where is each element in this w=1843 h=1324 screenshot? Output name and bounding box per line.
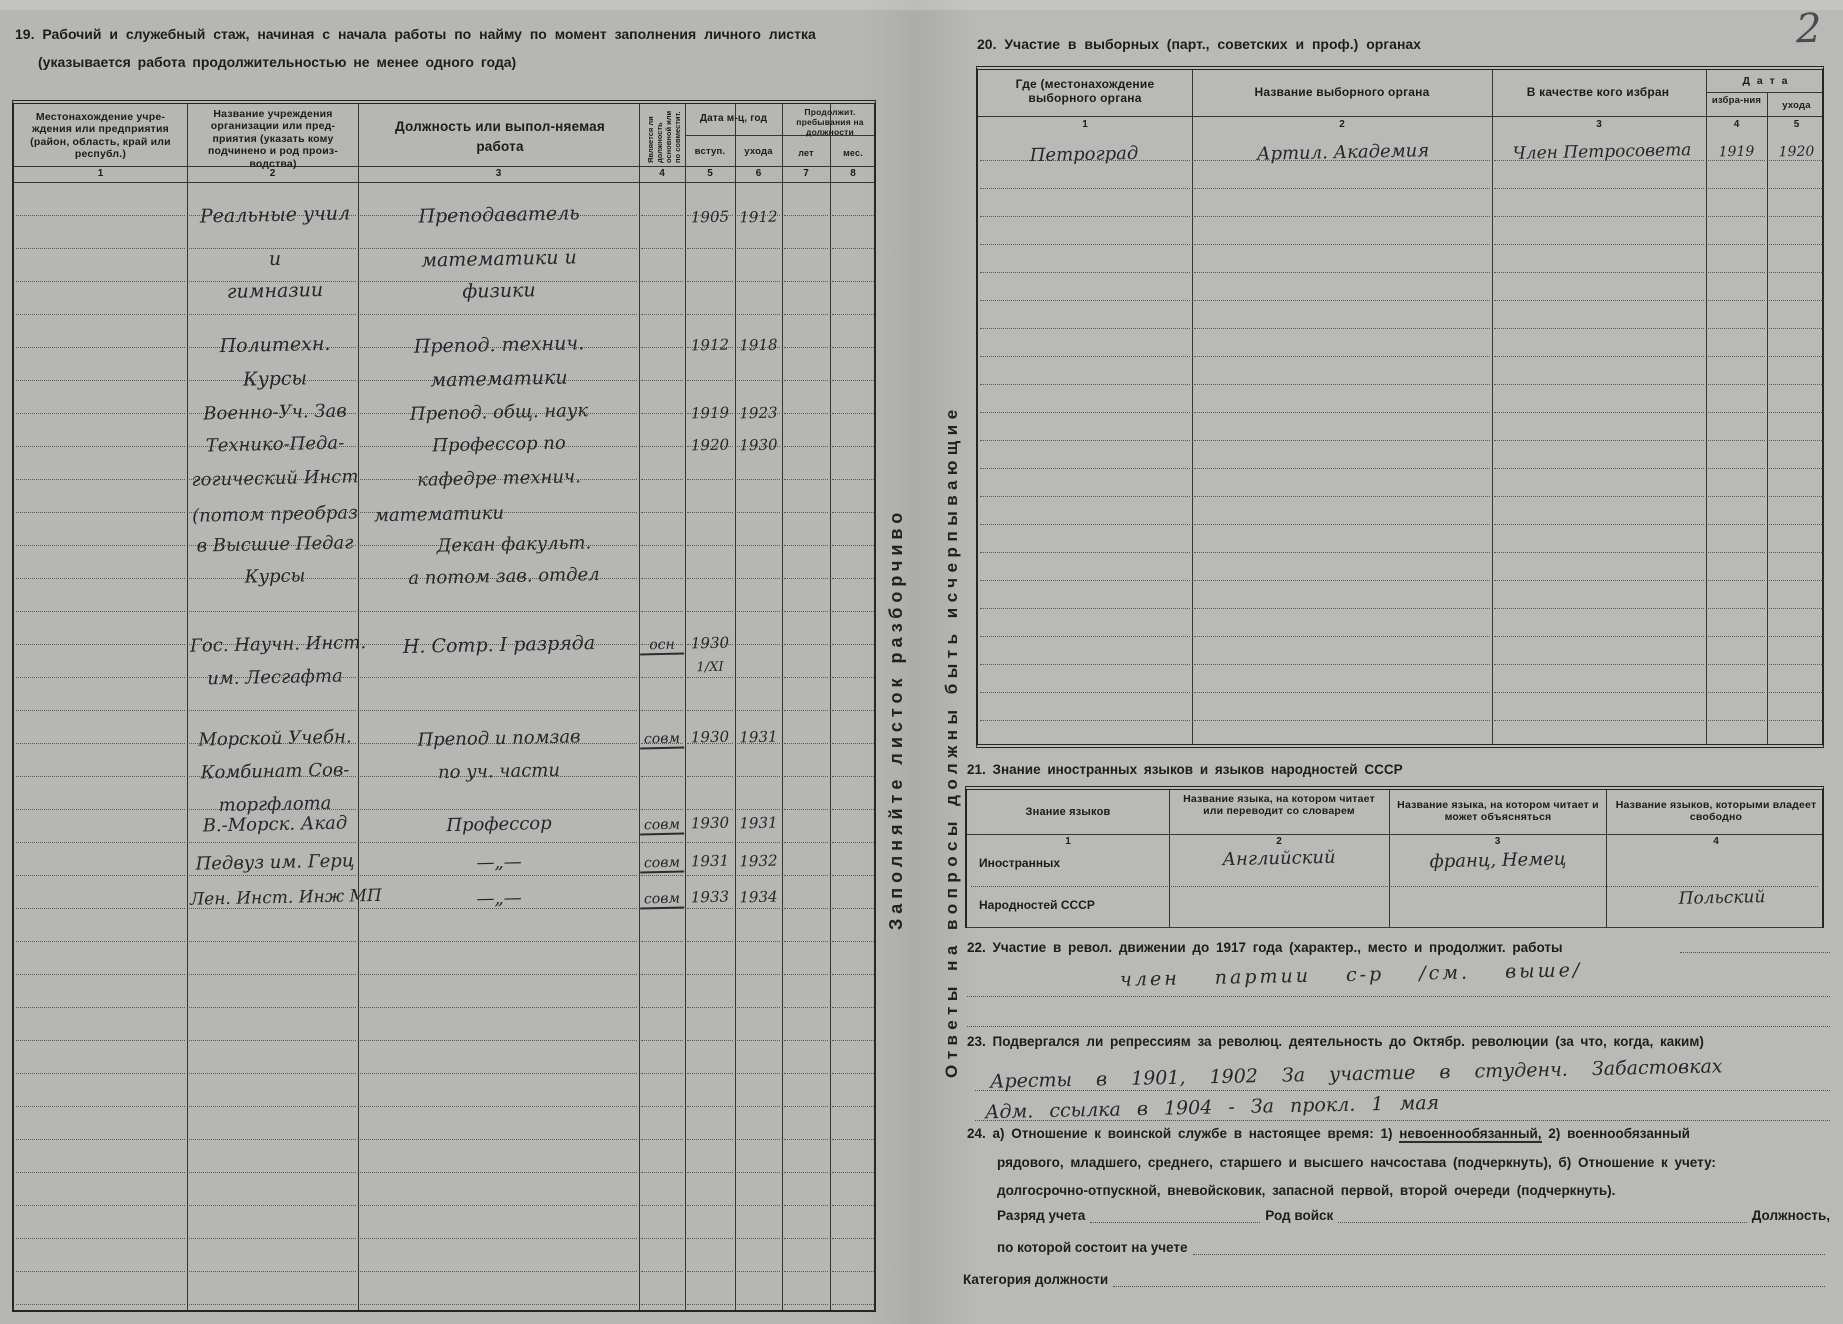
ruled-column — [978, 132, 1192, 742]
ruled-line — [1494, 720, 1704, 721]
ruled-line — [784, 578, 828, 579]
ruled-line — [16, 281, 185, 282]
handwritten-read-translate: Английский — [1177, 846, 1381, 871]
po-kotoroy-label: по которой состоит на учете — [997, 1240, 1188, 1255]
ruled-line — [1769, 300, 1824, 301]
ruled-line — [784, 776, 828, 777]
rod-voysk-blank — [1338, 1209, 1746, 1223]
ruled-line — [687, 1106, 733, 1107]
handwritten-year-start: 1920 — [685, 435, 735, 454]
ruled-line — [641, 413, 683, 414]
ruled-line — [1494, 496, 1704, 497]
ruled-line — [980, 440, 1190, 441]
ruled-line — [16, 347, 185, 348]
ruled-line — [687, 710, 733, 711]
ruled-line — [980, 636, 1190, 637]
ruled-line — [832, 281, 874, 282]
section21-title: 21. Знание иностранных языков и языков н… — [967, 762, 1807, 777]
ruled-line — [189, 1238, 356, 1239]
ruled-line — [1194, 468, 1490, 469]
ruled-line — [737, 1007, 780, 1008]
handwritten-date-note: 1/XI — [685, 659, 735, 675]
ruled-line — [980, 272, 1190, 273]
ruled-line — [16, 1172, 185, 1173]
ruled-column — [1192, 132, 1492, 742]
ruled-line — [980, 720, 1190, 721]
ruled-line — [1708, 664, 1765, 665]
ruled-line — [784, 974, 828, 975]
ruled-line — [1494, 356, 1704, 357]
column-number: 6 — [735, 168, 782, 179]
ruled-line — [737, 875, 780, 876]
handwritten-org: гимназии — [192, 278, 358, 303]
handwritten-year-end: 1931 — [735, 728, 782, 747]
handwritten-org: Курсы — [190, 564, 360, 589]
handwritten-fluent: Польский — [1627, 886, 1817, 910]
ruled-line — [16, 1007, 185, 1008]
ruled-line — [737, 1205, 780, 1206]
column-number: 8 — [830, 168, 876, 179]
ruled-line — [641, 1172, 683, 1173]
ruled-line — [737, 1106, 780, 1107]
ruled-line — [1194, 328, 1490, 329]
column-number: 4 — [1606, 836, 1826, 847]
answer-line — [967, 1026, 1830, 1027]
ruled-line — [641, 1304, 683, 1305]
ruled-line — [980, 692, 1190, 693]
ruled-line — [1708, 356, 1765, 357]
ruled-line — [737, 545, 780, 546]
ruled-line — [1494, 580, 1704, 581]
ruled-line — [1708, 608, 1765, 609]
section21-table: Знание языков Название языка, на котором… — [965, 786, 1824, 928]
ruled-line — [1194, 440, 1490, 441]
ruled-line — [1194, 552, 1490, 553]
ruled-line — [784, 1073, 828, 1074]
ruled-line — [832, 1304, 874, 1305]
handwritten-org: и — [192, 246, 358, 271]
ruled-line — [1194, 608, 1490, 609]
handwritten-org: Комбинат Сов- — [190, 759, 360, 784]
section19-table: Местонахождение учре-ждения или предприя… — [12, 100, 876, 1312]
ruled-line — [360, 314, 637, 315]
ruled-line — [784, 842, 828, 843]
column-header-fluent: Название языков, которыми владеет свобод… — [1614, 799, 1818, 824]
ruled-line — [832, 446, 874, 447]
column-header-months: мес. — [830, 148, 876, 159]
ruled-line — [687, 1205, 733, 1206]
ruled-line — [360, 974, 637, 975]
ruled-line — [1194, 496, 1490, 497]
column-number: 4 — [639, 168, 685, 179]
handwritten-org: гогический Инст — [190, 466, 360, 491]
handwritten-year-end: 1931 — [735, 814, 782, 833]
ruled-line — [832, 314, 874, 315]
ruled-line — [1708, 496, 1765, 497]
table-gridline — [1389, 790, 1390, 927]
ruled-line — [1708, 328, 1765, 329]
handwritten-year-end: 1932 — [735, 852, 782, 871]
ruled-line — [737, 710, 780, 711]
ruled-line — [832, 743, 874, 744]
ruled-line — [641, 281, 683, 282]
ruled-line — [16, 545, 185, 546]
ruled-line — [737, 611, 780, 612]
kategoria-blank — [1113, 1273, 1825, 1287]
ruled-line — [737, 941, 780, 942]
ruled-line — [980, 468, 1190, 469]
ruled-line — [641, 314, 683, 315]
ruled-line — [687, 1139, 733, 1140]
ruled-line — [737, 248, 780, 249]
ruled-line — [360, 710, 637, 711]
ruled-line — [1769, 636, 1824, 637]
handwritten-year-end: 1918 — [735, 336, 782, 355]
ruled-line — [832, 380, 874, 381]
ruled-line — [1494, 244, 1704, 245]
ruled-line — [16, 380, 185, 381]
ruled-line — [1708, 440, 1765, 441]
ruled-line — [687, 941, 733, 942]
answer-line — [1680, 952, 1830, 953]
scanned-form-page: 19. Рабочий и служебный стаж, начиная с … — [0, 0, 1843, 1324]
ruled-line — [1708, 524, 1765, 525]
ruled-line — [1769, 664, 1824, 665]
ruled-line — [189, 974, 356, 975]
ruled-line — [189, 842, 356, 843]
ruled-line — [1769, 552, 1824, 553]
section24-line1-prefix: 24. а) Отношение к воинской службе в нас… — [967, 1126, 1392, 1141]
ruled-line — [737, 380, 780, 381]
ruled-line — [189, 314, 356, 315]
handwritten-read-speak: франц, Немец — [1395, 848, 1601, 873]
ruled-line — [641, 677, 683, 678]
ruled-line — [360, 1238, 637, 1239]
ruled-line — [784, 1271, 828, 1272]
ruled-line — [784, 380, 828, 381]
ruled-line — [641, 446, 683, 447]
ruled-line — [784, 314, 828, 315]
ruled-line — [784, 347, 828, 348]
ruled-line — [784, 1205, 828, 1206]
ruled-line — [980, 188, 1190, 189]
ruled-line — [980, 580, 1190, 581]
ruled-line — [832, 578, 874, 579]
ruled-line — [687, 380, 733, 381]
ruled-line — [737, 1238, 780, 1239]
ruled-line — [784, 1040, 828, 1041]
ruled-line — [980, 216, 1190, 217]
column-header-date-group: Д а т а — [1706, 75, 1826, 87]
ruled-line — [832, 710, 874, 711]
row-label-foreign: Иностранных — [979, 856, 1060, 870]
ruled-line — [832, 611, 874, 612]
handwritten-org: Лен. Инст. Инж МП — [190, 886, 360, 910]
ruled-line — [16, 875, 185, 876]
ruled-line — [1708, 272, 1765, 273]
ruled-line — [832, 941, 874, 942]
ruled-line — [16, 974, 185, 975]
ruled-line — [641, 578, 683, 579]
ruled-line — [737, 479, 780, 480]
column-header-basis: Является ли должность основной или по со… — [646, 107, 682, 163]
ruled-line — [641, 875, 683, 876]
razryad-label: Разряд учета — [997, 1208, 1085, 1223]
handwritten-basis: совм — [640, 817, 684, 836]
ruled-line — [360, 677, 637, 678]
ruled-line — [1194, 300, 1490, 301]
ruled-line — [1194, 244, 1490, 245]
ruled-line — [1769, 468, 1824, 469]
ruled-line — [1194, 412, 1490, 413]
handwritten-org: (потом преобраз — [190, 502, 360, 527]
ruled-line — [189, 941, 356, 942]
ruled-line — [832, 776, 874, 777]
column-number: 4 — [1706, 119, 1767, 130]
ruled-line — [16, 611, 185, 612]
ruled-line — [1194, 580, 1490, 581]
handwritten-year-end: 1930 — [735, 436, 782, 455]
section24-line2: рядового, младшего, среднего, старшего и… — [997, 1155, 1830, 1170]
ruled-line — [784, 1106, 828, 1107]
ruled-line — [1708, 468, 1765, 469]
handwritten-year-start: 1930 — [685, 633, 735, 652]
section20-title: 20. Участие в выборных (парт., советских… — [977, 36, 1797, 52]
ruled-line — [784, 545, 828, 546]
ruled-line — [832, 1271, 874, 1272]
column-number: 3 — [1389, 836, 1606, 847]
ruled-line — [687, 479, 733, 480]
column-header-read-translate: Название языка, на котором читает или пе… — [1175, 793, 1383, 818]
handwritten-org: Реальные учил — [192, 202, 358, 227]
ruled-line — [1194, 636, 1490, 637]
ruled-line — [832, 479, 874, 480]
ruled-line — [641, 842, 683, 843]
column-header-organization: Название учреждения организации или пред… — [191, 108, 355, 170]
ruled-line — [1494, 300, 1704, 301]
handwritten-basis: совм — [640, 855, 684, 874]
ruled-line — [784, 512, 828, 513]
ruled-line — [360, 1139, 637, 1140]
ruled-line — [641, 512, 683, 513]
ruled-line — [737, 1172, 780, 1173]
ruled-line — [1494, 216, 1704, 217]
section24-kategoria-row: Категория должности — [963, 1272, 1830, 1287]
ruled-line — [1769, 384, 1824, 385]
column-number: 1 — [967, 836, 1169, 847]
column-header-left-date: ухода — [1767, 100, 1826, 111]
ruled-line — [687, 611, 733, 612]
column-number: 1 — [978, 119, 1192, 130]
table-gridline — [978, 116, 1822, 117]
ruled-line — [16, 1304, 185, 1305]
ruled-line — [832, 1205, 874, 1206]
ruled-line — [360, 1106, 637, 1107]
ruled-line — [1194, 524, 1490, 525]
ruled-line — [980, 300, 1190, 301]
ruled-line — [189, 1172, 356, 1173]
ruled-line — [1494, 412, 1704, 413]
ruled-line — [687, 248, 733, 249]
ruled-line — [189, 611, 356, 612]
handwritten-year-start: 1930 — [685, 813, 735, 832]
ruled-line — [189, 1007, 356, 1008]
ruled-line — [1708, 216, 1765, 217]
ruled-line — [1769, 216, 1824, 217]
table-gridline — [1169, 790, 1170, 927]
ruled-column — [1492, 132, 1706, 742]
ruled-line — [189, 1040, 356, 1041]
ruled-line — [16, 809, 185, 810]
ruled-line — [832, 1139, 874, 1140]
ruled-line — [832, 1106, 874, 1107]
ruled-line — [832, 809, 874, 810]
ruled-line — [832, 215, 874, 216]
ruled-line — [360, 809, 637, 810]
column-header-end: ухода — [735, 146, 782, 157]
answer-line — [967, 996, 1830, 997]
ruled-line — [641, 1040, 683, 1041]
ruled-line — [1769, 356, 1824, 357]
table-gridline — [1606, 790, 1607, 927]
ruled-line — [980, 496, 1190, 497]
ruled-line — [641, 1205, 683, 1206]
ruled-line — [1769, 272, 1824, 273]
ruled-line — [16, 776, 185, 777]
ruled-line — [16, 248, 185, 249]
ruled-line — [360, 1205, 637, 1206]
ruled-line — [16, 743, 185, 744]
ruled-line — [360, 1073, 637, 1074]
section24-nonliable-underlined: невоеннообязанный, — [1399, 1126, 1541, 1143]
ruled-line — [189, 1139, 356, 1140]
ruled-line — [1194, 188, 1490, 189]
ruled-line — [980, 524, 1190, 525]
dolzhnost-label: Должность, — [1752, 1208, 1830, 1223]
ruled-line — [1194, 692, 1490, 693]
razryad-blank — [1090, 1209, 1260, 1223]
margin-note-answers-exhaustive: Ответы на вопросы должны быть исчерпываю… — [942, 404, 962, 1078]
ruled-line — [360, 611, 637, 612]
column-header-where: Где (местонахождение выборного органа — [988, 77, 1182, 105]
ruled-line — [189, 1271, 356, 1272]
ruled-line — [832, 1007, 874, 1008]
ruled-line — [832, 347, 874, 348]
ruled-line — [1494, 272, 1704, 273]
table-gridline — [14, 166, 874, 167]
handwritten-answer-22: член партии с-р /см. выше/ — [1120, 959, 1583, 991]
handwritten-org: В.-Морск. Акад — [190, 812, 360, 837]
ruled-line — [189, 875, 356, 876]
ruled-line — [16, 446, 185, 447]
ruled-line — [687, 776, 733, 777]
ruled-line — [16, 842, 185, 843]
ruled-line — [737, 974, 780, 975]
ruled-line — [1708, 188, 1765, 189]
ruled-line — [1494, 664, 1704, 665]
ruled-line — [641, 941, 683, 942]
ruled-line — [641, 1106, 683, 1107]
column-header-start: вступ. — [685, 146, 735, 157]
ruled-line — [1708, 300, 1765, 301]
ruled-line — [832, 1073, 874, 1074]
handwritten-year-start: 1912 — [685, 335, 735, 354]
ruled-line — [737, 1139, 780, 1140]
ruled-line — [687, 512, 733, 513]
ruled-line — [832, 677, 874, 678]
column-number: 5 — [1767, 119, 1826, 130]
ruled-line — [360, 941, 637, 942]
table-gridline — [1706, 92, 1822, 93]
ruled-line — [1494, 692, 1704, 693]
section19-subtitle: (указывается работа продолжительностью н… — [38, 54, 858, 70]
ruled-line — [784, 1304, 828, 1305]
page-number: 2 — [1796, 6, 1822, 53]
ruled-line — [784, 1238, 828, 1239]
section19-title: 19. Рабочий и служебный стаж, начиная с … — [15, 26, 895, 42]
ruled-line — [737, 1073, 780, 1074]
ruled-line — [1708, 580, 1765, 581]
handwritten-position: математики — [374, 503, 504, 527]
ruled-line — [832, 1172, 874, 1173]
ruled-line — [641, 248, 683, 249]
ruled-line — [1494, 552, 1704, 553]
ruled-line — [784, 281, 828, 282]
column-number: 2 — [187, 168, 358, 179]
ruled-line — [784, 1007, 828, 1008]
ruled-line — [16, 1271, 185, 1272]
ruled-line — [784, 710, 828, 711]
ruled-line — [189, 1304, 356, 1305]
ruled-line — [1194, 720, 1490, 721]
ruled-line — [1769, 328, 1824, 329]
ruled-line — [832, 512, 874, 513]
handwritten-year-start: 1933 — [685, 887, 735, 906]
ruled-line — [1194, 664, 1490, 665]
ruled-line — [16, 1205, 185, 1206]
ruled-line — [360, 1271, 637, 1272]
column-number: 1 — [14, 168, 187, 179]
row-label-ussr-peoples: Народностей СССР — [979, 898, 1095, 912]
ruled-line — [784, 479, 828, 480]
section22-label: 22. Участие в револ. движении до 1917 го… — [967, 940, 1767, 955]
ruled-line — [687, 842, 733, 843]
ruled-line — [16, 710, 185, 711]
ruled-line — [687, 314, 733, 315]
ruled-line — [784, 677, 828, 678]
ruled-line — [687, 545, 733, 546]
ruled-line — [1769, 412, 1824, 413]
ruled-line — [1708, 552, 1765, 553]
handwritten-org: Гос. Научн. Инст. — [190, 632, 360, 657]
ruled-line — [16, 1238, 185, 1239]
section23-label: 23. Подвергался ли репрессиям за революц… — [967, 1034, 1827, 1049]
ruled-line — [360, 1172, 637, 1173]
ruled-line — [687, 908, 733, 909]
ruled-line — [784, 644, 828, 645]
ruled-line — [687, 281, 733, 282]
ruled-line — [687, 1304, 733, 1305]
column-header-basis-box: Является ли должность основной или по со… — [639, 104, 685, 166]
ruled-line — [189, 1073, 356, 1074]
ruled-line — [737, 1271, 780, 1272]
ruled-line — [980, 244, 1190, 245]
ruled-line — [1194, 384, 1490, 385]
ruled-line — [737, 578, 780, 579]
ruled-line — [16, 479, 185, 480]
ruled-line — [687, 1238, 733, 1239]
handwritten-year-start: 1919 — [685, 403, 735, 422]
